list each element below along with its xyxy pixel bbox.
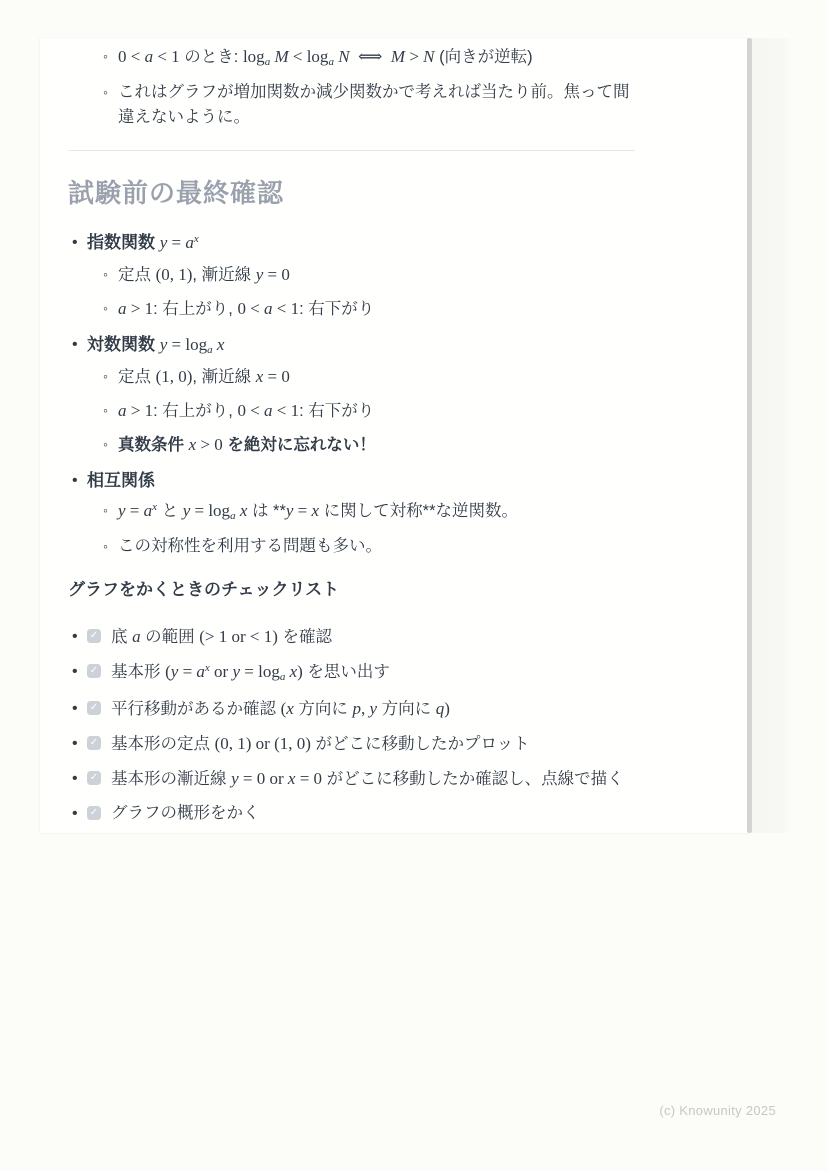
text-segment: x bbox=[285, 662, 297, 681]
text-segment: < 1 bbox=[273, 401, 300, 420]
checkmark-icon: ✓ bbox=[90, 738, 98, 748]
summary-group-title: •相互関係 bbox=[72, 468, 748, 494]
checkbox[interactable]: ✓ bbox=[87, 701, 101, 715]
copyright-footer: (c) Knowunity 2025 bbox=[659, 1103, 776, 1118]
app-background: { "colors": { "background": "#fcfcf8", "… bbox=[0, 0, 828, 1171]
text-segment: のとき: bbox=[180, 48, 243, 66]
list-item-text: 定点 (0, 1), 漸近線 y = 0 bbox=[118, 262, 635, 288]
text-segment: 指数関数 bbox=[87, 233, 160, 252]
checkbox[interactable]: ✓ bbox=[87, 806, 101, 820]
text-segment: : 右上がり, bbox=[153, 402, 237, 420]
text-segment: y bbox=[118, 501, 126, 520]
circle-bullet-icon: ◦ bbox=[103, 534, 118, 559]
text-segment: x bbox=[189, 435, 197, 454]
text-segment: は ** bbox=[247, 502, 286, 520]
text-segment: グラフの概形をかく bbox=[111, 804, 260, 822]
text-segment: 基本形の漸近線 bbox=[111, 770, 231, 788]
text-segment: a bbox=[264, 401, 273, 420]
text-segment: 0 < bbox=[237, 401, 264, 420]
checkbox[interactable]: ✓ bbox=[87, 771, 101, 785]
list-item-text: y = ax と y = loga x は **y = x に関して対称**な逆… bbox=[118, 498, 635, 526]
text-segment: がどこに移動したか確認し、点線で描く bbox=[322, 770, 624, 788]
checklist-item: •✓底 a の範囲 (> 1 or < 1) を確認 bbox=[72, 624, 748, 650]
text-segment: y bbox=[369, 699, 377, 718]
list-item: ◦この対称性を利用する問題も多い。 bbox=[103, 534, 748, 559]
dot-bullet-icon: • bbox=[72, 766, 87, 791]
text-segment: a bbox=[196, 662, 205, 681]
text-segment: x bbox=[152, 501, 157, 513]
text-segment: y bbox=[232, 662, 240, 681]
text-segment: = 0 bbox=[263, 367, 290, 386]
text-segment: ⟺ bbox=[350, 47, 391, 66]
text-segment: x bbox=[312, 501, 320, 520]
text-segment: 基本形の定点 bbox=[111, 735, 215, 753]
summary-list: •指数関数 y = ax◦定点 (0, 1), 漸近線 y = 0◦a > 1:… bbox=[68, 230, 748, 559]
text-segment: 定点 bbox=[118, 266, 156, 284]
text-segment: : 右下がり bbox=[299, 402, 374, 420]
text-segment: < bbox=[289, 47, 307, 66]
list-item-text: 0 < a < 1 のとき: loga M < loga N ⟺ M > N (… bbox=[118, 44, 635, 72]
text-segment: (0, 1) bbox=[156, 265, 193, 284]
text-segment: がどこに移動したかプロット bbox=[311, 735, 530, 753]
text-segment: or bbox=[210, 662, 233, 681]
checkmark-icon: ✓ bbox=[90, 631, 98, 641]
text-segment: 0 < bbox=[118, 47, 145, 66]
checklist-item: •✓基本形の定点 (0, 1) or (1, 0) がどこに移動したかプロット bbox=[72, 731, 748, 757]
checkbox[interactable]: ✓ bbox=[87, 736, 101, 750]
text-segment: = bbox=[178, 662, 196, 681]
text-segment: a bbox=[132, 627, 141, 646]
text-segment: 方向に bbox=[294, 700, 353, 718]
circle-bullet-icon: ◦ bbox=[103, 44, 118, 69]
text-segment: a bbox=[118, 401, 127, 420]
page-edge-strip bbox=[752, 38, 794, 833]
text-segment: 相互関係 bbox=[87, 471, 155, 490]
list-item: ◦これはグラフが増加関数か減少関数かで考えれば当たり前。焦って間違えないように。 bbox=[103, 80, 748, 130]
text-segment: 方向に bbox=[377, 700, 436, 718]
text-segment: (向きが逆転) bbox=[435, 48, 533, 66]
checkmark-icon: ✓ bbox=[90, 703, 98, 713]
text-segment: < 1 bbox=[153, 47, 180, 66]
checklist-heading: グラフをかくときのチェックリスト bbox=[68, 575, 635, 600]
text-segment: = bbox=[126, 501, 144, 520]
list-item: ◦0 < a < 1 のとき: loga M < loga N ⟺ M > N … bbox=[103, 44, 748, 72]
text-segment: の範囲 bbox=[141, 628, 200, 646]
text-segment: = bbox=[167, 233, 185, 252]
text-segment: , 漸近線 bbox=[192, 266, 255, 284]
text-segment: x bbox=[286, 699, 294, 718]
circle-bullet-icon: ◦ bbox=[103, 432, 118, 457]
summary-group-title: •指数関数 y = ax bbox=[72, 230, 748, 258]
checkmark-icon: ✓ bbox=[90, 808, 98, 818]
text-segment: = 0 bbox=[295, 769, 322, 788]
list-item: ◦真数条件 x > 0 を絶対に忘れない！ bbox=[103, 432, 748, 458]
list-item-text: 基本形 (y = ax or y = loga x) を思い出す bbox=[111, 659, 628, 687]
text-segment: M bbox=[391, 47, 405, 66]
list-item-text: 平行移動があるか確認 (x 方向に p, y 方向に q) bbox=[111, 696, 628, 722]
summary-group: •相互関係◦y = ax と y = loga x は **y = x に関して… bbox=[68, 468, 748, 559]
checkbox[interactable]: ✓ bbox=[87, 664, 101, 678]
text-segment: = 0 bbox=[263, 265, 290, 284]
list-item-text: 底 a の範囲 (> 1 or < 1) を確認 bbox=[111, 624, 628, 650]
text-segment: 平行移動があるか確認 bbox=[111, 700, 281, 718]
text-segment: N bbox=[334, 47, 350, 66]
text-segment: (0, 1) bbox=[215, 734, 252, 753]
checkmark-icon: ✓ bbox=[90, 666, 98, 676]
list-item: ◦定点 (1, 0), 漸近線 x = 0 bbox=[103, 364, 748, 390]
text-segment: a bbox=[230, 510, 236, 522]
text-segment: < 1 bbox=[273, 299, 300, 318]
graph-checklist: •✓底 a の範囲 (> 1 or < 1) を確認•✓基本形 (y = ax … bbox=[68, 624, 748, 826]
list-item-text: a > 1: 右上がり, 0 < a < 1: 右下がり bbox=[118, 398, 635, 424]
list-item: ◦定点 (0, 1), 漸近線 y = 0 bbox=[103, 262, 748, 288]
dot-bullet-icon: • bbox=[72, 230, 87, 258]
text-segment: = log bbox=[167, 335, 207, 354]
text-segment: log bbox=[307, 47, 329, 66]
text-segment: = log bbox=[190, 501, 230, 520]
summary-sublist: ◦定点 (0, 1), 漸近線 y = 0◦a > 1: 右上がり, 0 < a… bbox=[68, 262, 748, 322]
text-segment: 底 bbox=[111, 628, 132, 646]
text-segment: y bbox=[231, 769, 239, 788]
text-segment: a bbox=[280, 671, 286, 683]
text-segment: a bbox=[145, 47, 154, 66]
intro-sublist: ◦0 < a < 1 のとき: loga M < loga N ⟺ M > N … bbox=[68, 44, 748, 130]
circle-bullet-icon: ◦ bbox=[103, 262, 118, 287]
text-segment: , 漸近線 bbox=[192, 368, 255, 386]
summary-group-title: •対数関数 y = loga x bbox=[72, 332, 748, 360]
text-segment: を絶対に忘れない！ bbox=[223, 436, 376, 454]
text-segment: a bbox=[185, 233, 194, 252]
text-segment: a bbox=[118, 299, 127, 318]
text-segment: (1, 0) bbox=[156, 367, 193, 386]
text-segment: 定点 bbox=[118, 368, 156, 386]
text-segment: を思い出す bbox=[303, 663, 390, 681]
dot-bullet-icon: • bbox=[72, 624, 87, 649]
checklist-item: •✓グラフの概形をかく bbox=[72, 801, 748, 826]
list-item-text: 定点 (1, 0), 漸近線 x = 0 bbox=[118, 364, 635, 390]
text-segment: 真数条件 bbox=[118, 436, 189, 454]
checkmark-icon: ✓ bbox=[90, 773, 98, 783]
checklist-item: •✓平行移動があるか確認 (x 方向に p, y 方向に q) bbox=[72, 696, 748, 722]
dot-bullet-icon: • bbox=[72, 696, 87, 721]
text-segment: x bbox=[205, 662, 210, 674]
summary-group: •対数関数 y = loga x◦定点 (1, 0), 漸近線 x = 0◦a … bbox=[68, 332, 748, 458]
text-segment: = 0 or bbox=[239, 769, 288, 788]
text-segment: or bbox=[251, 734, 274, 753]
text-segment: x bbox=[213, 335, 225, 354]
text-segment: を確認 bbox=[278, 628, 332, 646]
summary-sublist: ◦y = ax と y = loga x は **y = x に関して対称**な… bbox=[68, 498, 748, 559]
text-segment: q bbox=[436, 699, 445, 718]
text-segment: : 右下がり bbox=[299, 300, 374, 318]
list-item: ◦a > 1: 右上がり, 0 < a < 1: 右下がり bbox=[103, 398, 748, 424]
dot-bullet-icon: • bbox=[72, 468, 87, 494]
list-item-text: 相互関係 bbox=[87, 468, 604, 494]
text-segment: N bbox=[423, 47, 434, 66]
text-segment: この対称性を利用する問題も多い。 bbox=[118, 537, 382, 555]
list-item-text: 指数関数 y = ax bbox=[87, 230, 604, 258]
dot-bullet-icon: • bbox=[72, 332, 87, 360]
text-segment: x bbox=[194, 233, 199, 245]
circle-bullet-icon: ◦ bbox=[103, 398, 118, 423]
circle-bullet-icon: ◦ bbox=[103, 364, 118, 389]
summary-sublist: ◦定点 (1, 0), 漸近線 x = 0◦a > 1: 右上がり, 0 < a… bbox=[68, 364, 748, 458]
text-segment: log bbox=[243, 47, 265, 66]
text-segment: a bbox=[207, 344, 213, 356]
text-segment: = bbox=[293, 501, 311, 520]
text-segment: : 右上がり, bbox=[153, 300, 237, 318]
section-divider bbox=[68, 150, 635, 151]
list-item-text: 真数条件 x > 0 を絶対に忘れない！ bbox=[118, 432, 635, 458]
text-segment: (1, 0) bbox=[274, 734, 311, 753]
text-segment: > 0 bbox=[196, 435, 223, 454]
text-segment: に関して対称**な逆関数。 bbox=[319, 502, 518, 520]
dot-bullet-icon: • bbox=[72, 659, 87, 684]
text-segment: これはグラフが増加関数か減少関数かで考えれば当たり前。焦って間違えないように。 bbox=[118, 83, 630, 126]
text-segment: 基本形 bbox=[111, 663, 165, 681]
dot-bullet-icon: • bbox=[72, 801, 87, 826]
text-segment: a bbox=[264, 299, 273, 318]
text-segment: p bbox=[352, 699, 361, 718]
summary-group: •指数関数 y = ax◦定点 (0, 1), 漸近線 y = 0◦a > 1:… bbox=[68, 230, 748, 322]
list-item-text: 基本形の定点 (0, 1) or (1, 0) がどこに移動したかプロット bbox=[111, 731, 628, 757]
text-segment: a bbox=[265, 56, 271, 68]
dot-bullet-icon: • bbox=[72, 731, 87, 756]
text-segment: > bbox=[405, 47, 423, 66]
checklist-item: •✓基本形の漸近線 y = 0 or x = 0 がどこに移動したか確認し、点線… bbox=[72, 766, 748, 792]
list-item-text: 基本形の漸近線 y = 0 or x = 0 がどこに移動したか確認し、点線で描… bbox=[111, 766, 628, 792]
list-item-text: 対数関数 y = loga x bbox=[87, 332, 604, 360]
text-segment: 対数関数 bbox=[87, 335, 160, 354]
text-segment: ) bbox=[444, 699, 450, 718]
list-item-text: グラフの概形をかく bbox=[111, 801, 628, 826]
text-segment: M bbox=[270, 47, 288, 66]
list-item-text: これはグラフが増加関数か減少関数かで考えれば当たり前。焦って間違えないように。 bbox=[118, 80, 635, 130]
circle-bullet-icon: ◦ bbox=[103, 80, 118, 105]
text-segment: 0 < bbox=[237, 299, 264, 318]
text-segment: x bbox=[236, 501, 248, 520]
list-item: ◦a > 1: 右上がり, 0 < a < 1: 右下がり bbox=[103, 296, 748, 322]
document-page: ◦0 < a < 1 のとき: loga M < loga N ⟺ M > N … bbox=[40, 38, 748, 833]
list-item-text: この対称性を利用する問題も多い。 bbox=[118, 534, 635, 559]
text-segment: > 1 bbox=[127, 299, 154, 318]
list-item: ◦y = ax と y = loga x は **y = x に関して対称**な… bbox=[103, 498, 748, 526]
text-segment: (> 1 or < 1) bbox=[199, 627, 278, 646]
checklist-item: •✓基本形 (y = ax or y = loga x) を思い出す bbox=[72, 659, 748, 687]
text-segment: a bbox=[144, 501, 153, 520]
text-segment: a bbox=[328, 56, 334, 68]
list-item-text: a > 1: 右上がり, 0 < a < 1: 右下がり bbox=[118, 296, 635, 322]
text-segment: と bbox=[157, 502, 183, 520]
text-segment: = log bbox=[240, 662, 280, 681]
checkbox[interactable]: ✓ bbox=[87, 629, 101, 643]
circle-bullet-icon: ◦ bbox=[103, 296, 118, 321]
section-heading: 試験前の最終確認 bbox=[68, 173, 635, 210]
circle-bullet-icon: ◦ bbox=[103, 498, 118, 523]
text-segment: > 1 bbox=[127, 401, 154, 420]
